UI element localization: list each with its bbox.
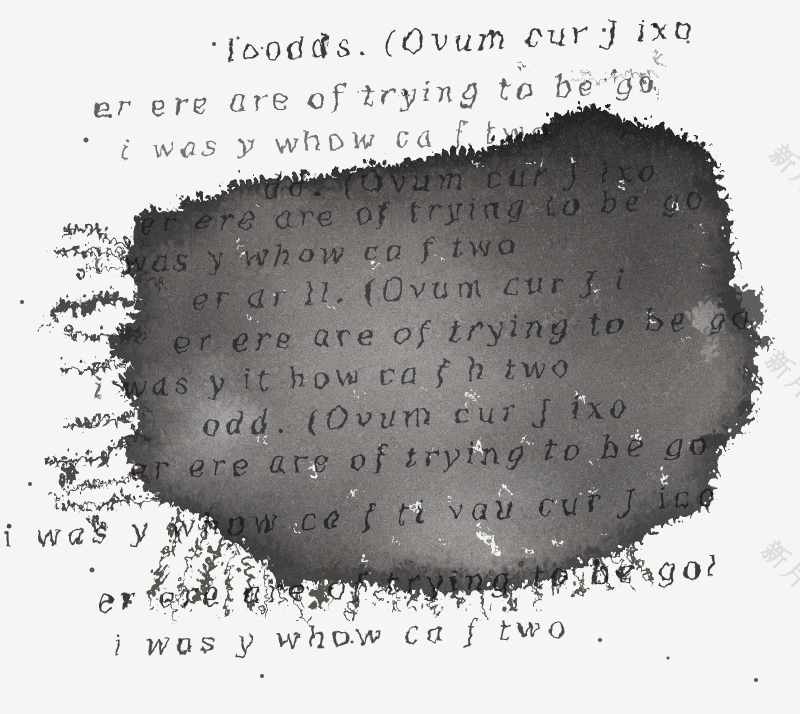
texture-canvas: loodds. (Ovum cur J ixo er ere are of tr… xyxy=(0,0,800,714)
grunge-texture-image: loodds. (Ovum cur J ixo er ere are of tr… xyxy=(0,0,800,714)
